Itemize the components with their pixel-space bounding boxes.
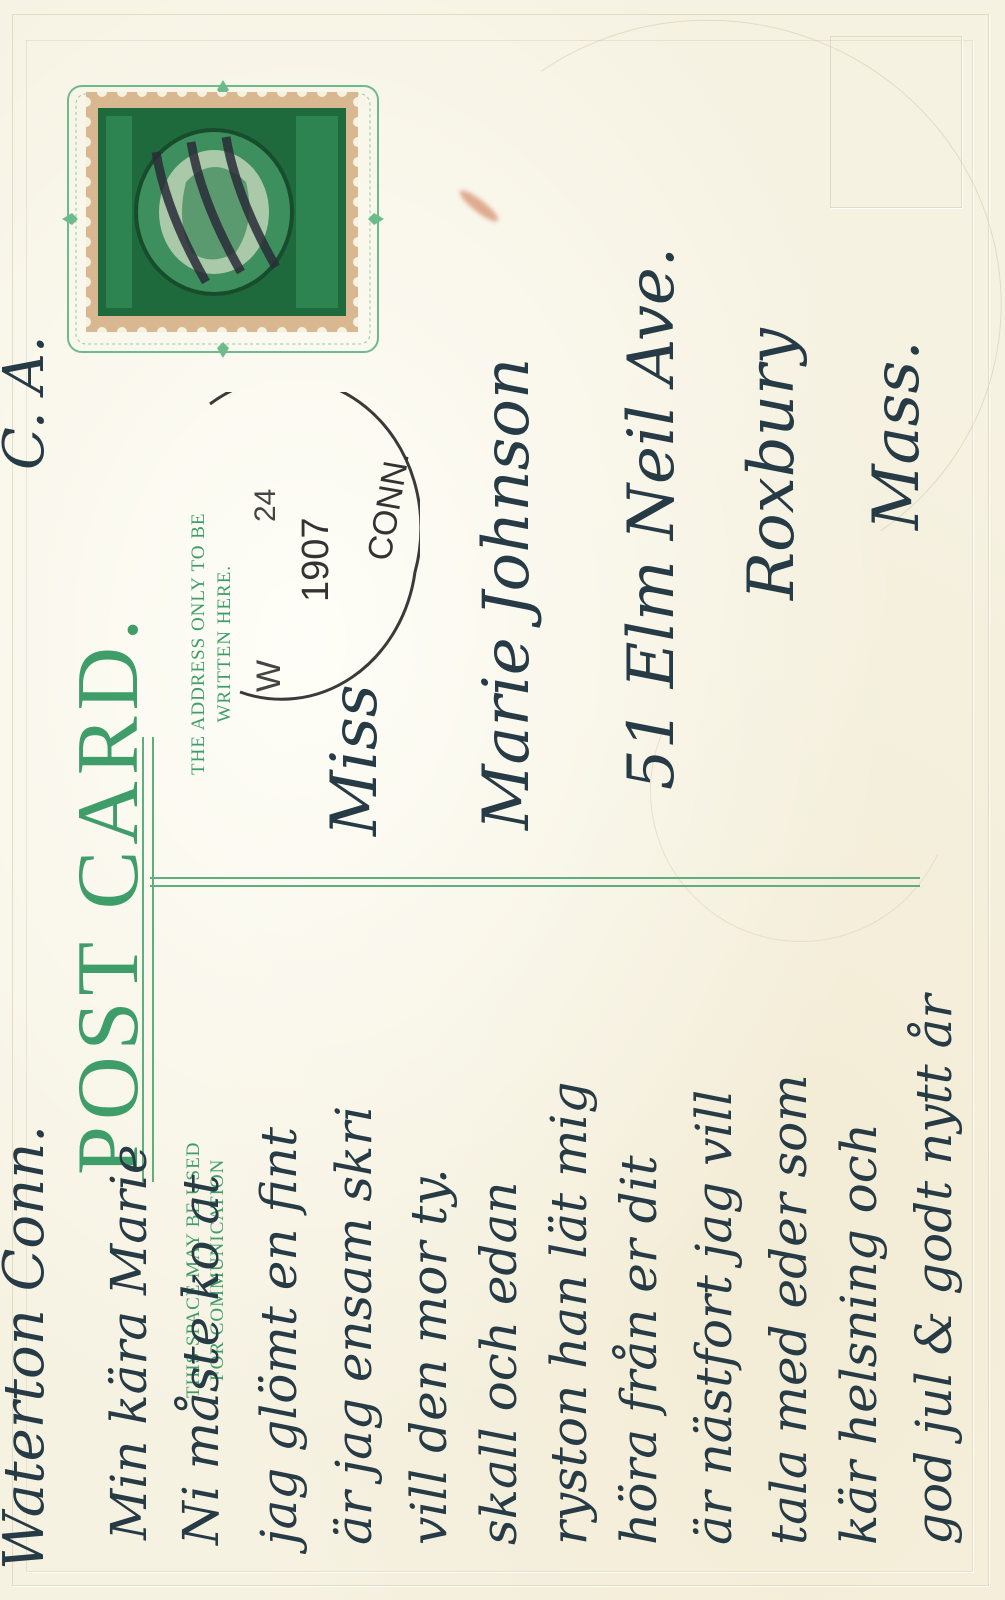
message-line: höra från er dit — [610, 1155, 668, 1545]
title-underline — [142, 737, 144, 1182]
sender-initials: C. A. — [0, 335, 57, 470]
message-line: är jag ensam skri — [325, 1106, 383, 1545]
title-underline — [152, 737, 154, 1182]
address-line: Miss — [318, 684, 392, 836]
message-line: kär helsning och — [830, 1123, 888, 1545]
message-line: Ni måste ko at — [172, 1175, 230, 1545]
address-line: Roxbury — [735, 328, 809, 600]
postmark-prefix: W — [250, 660, 288, 692]
postmark-day: 24 — [249, 489, 282, 522]
message-line: ryston han lät mig — [540, 1082, 598, 1545]
message-line: jag glömt en fint — [250, 1127, 308, 1545]
postmark-year: 1907 — [295, 517, 337, 602]
message-line: skall och edan — [470, 1182, 528, 1545]
address-line: Marie Johnson — [470, 358, 544, 830]
postage-stamp — [86, 92, 358, 332]
message-line: Min kära Marie — [100, 1145, 158, 1540]
address-line: 51 Elm Neil Ave. — [615, 247, 689, 790]
sender-location: Waterton Conn. — [0, 1125, 57, 1570]
postmark: 1907 CONN. 24 W — [150, 392, 420, 702]
divider-line — [150, 885, 920, 887]
postmark-place: CONN. — [360, 449, 416, 563]
address-line: Mass. — [860, 340, 934, 530]
message-line: tala med eder som — [760, 1074, 818, 1545]
postcard-back: POST CARD. THE ADDRESS ONLY TO BE WRITTE… — [0, 0, 1005, 1600]
message-line: är nästfort jag vill — [685, 1090, 743, 1545]
message-line: vill den mor ty. — [400, 1168, 458, 1545]
message-line: god jul & godt nytt år — [905, 995, 963, 1545]
divider-line — [150, 877, 920, 879]
postcard-title: POST CARD. — [58, 613, 159, 1175]
